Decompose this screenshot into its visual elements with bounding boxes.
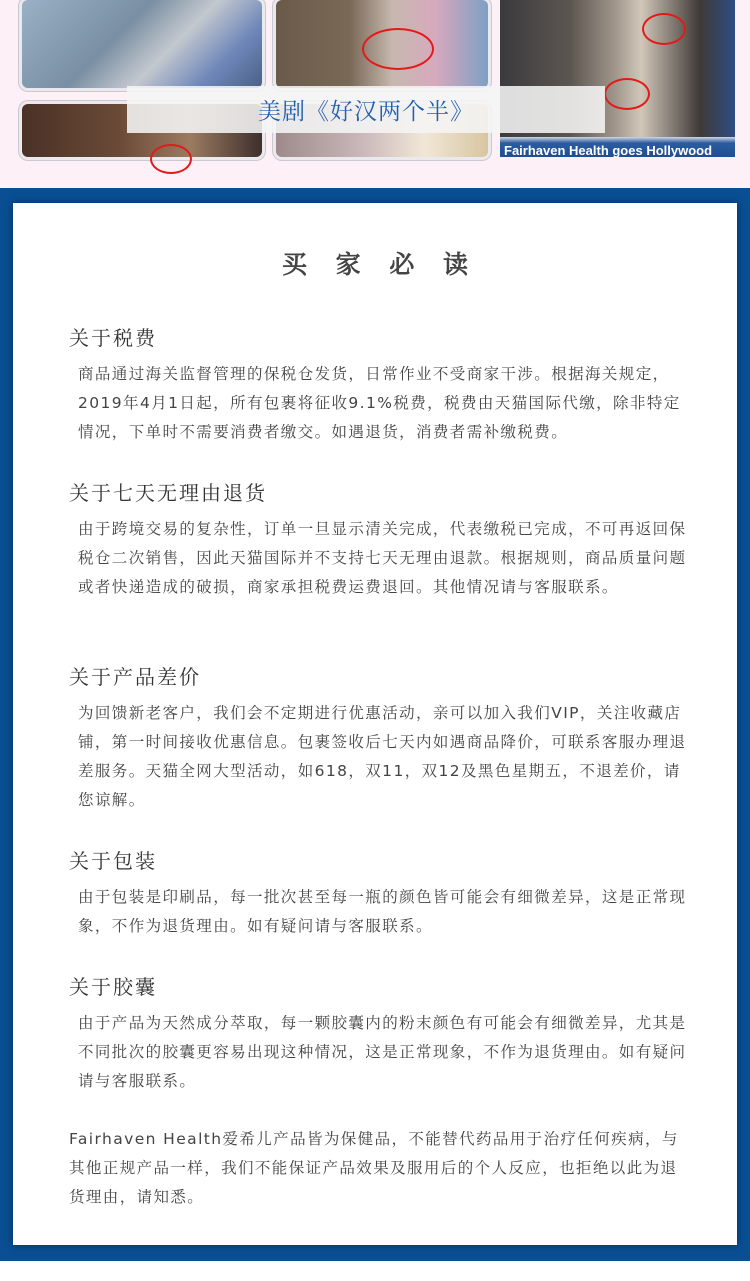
highlight-circle-icon bbox=[150, 144, 192, 174]
section-capsules: 关于胶囊 由于产品为天然成分萃取，每一颗胶囊内的粉末颜色有可能会有细微差异，尤其… bbox=[69, 973, 689, 1096]
section-body: 为回馈新老客户，我们会不定期进行优惠活动，亲可以加入我们VIP，关注收藏店铺，第… bbox=[78, 699, 689, 815]
notice-title: 买 家 必 读 bbox=[0, 245, 750, 281]
section-heading: 关于税费 bbox=[69, 324, 689, 352]
section-heading: 关于胶囊 bbox=[69, 973, 689, 1001]
section-packaging: 关于包装 由于包装是印刷品，每一批次甚至每一瓶的颜色皆可能会有细微差异，这是正常… bbox=[69, 847, 689, 941]
section-body: 由于产品为天然成分萃取，每一颗胶囊内的粉末颜色有可能会有细微差异，尤其是不同批次… bbox=[78, 1009, 689, 1096]
section-body: 由于跨境交易的复杂性，订单一旦显示清关完成，代表缴税已完成，不可再返回保税仓二次… bbox=[78, 515, 689, 602]
section-body: 商品通过海关监督管理的保税仓发货，日常作业不受商家干涉。根据海关规定，2019年… bbox=[78, 360, 689, 447]
tv-show-collage: Fairhaven Health goes Hollywood 美剧《好汉两个半… bbox=[0, 0, 750, 157]
banner-caption: 美剧《好汉两个半》 bbox=[127, 86, 605, 133]
section-price-difference: 关于产品差价 为回馈新老客户，我们会不定期进行优惠活动，亲可以加入我们VIP，关… bbox=[69, 663, 689, 815]
section-heading: 关于包装 bbox=[69, 847, 689, 875]
highlight-circle-icon bbox=[604, 78, 650, 110]
scene-caption-text: Fairhaven Health goes Hollywood bbox=[500, 137, 735, 157]
banner-caption-text: 美剧《好汉两个半》 bbox=[258, 93, 474, 126]
scene-photo-pharmacy-counter bbox=[22, 0, 262, 88]
highlight-circle-icon bbox=[642, 13, 686, 45]
section-heading: 关于产品差价 bbox=[69, 663, 689, 691]
section-heading: 关于七天无理由退货 bbox=[69, 479, 689, 507]
disclaimer-text: Fairhaven Health爱希儿产品皆为保健品，不能替代药品用于治疗任何疾… bbox=[69, 1125, 689, 1212]
section-tax: 关于税费 商品通过海关监督管理的保税仓发货，日常作业不受商家干涉。根据海关规定，… bbox=[69, 324, 689, 447]
highlight-circle-icon bbox=[362, 28, 434, 70]
section-body: 由于包装是印刷品，每一批次甚至每一瓶的颜色皆可能会有细微差异，这是正常现象，不作… bbox=[78, 883, 689, 941]
scene-caption-strip: Fairhaven Health goes Hollywood bbox=[500, 137, 735, 157]
section-seven-day-return: 关于七天无理由退货 由于跨境交易的复杂性，订单一旦显示清关完成，代表缴税已完成，… bbox=[69, 479, 689, 602]
